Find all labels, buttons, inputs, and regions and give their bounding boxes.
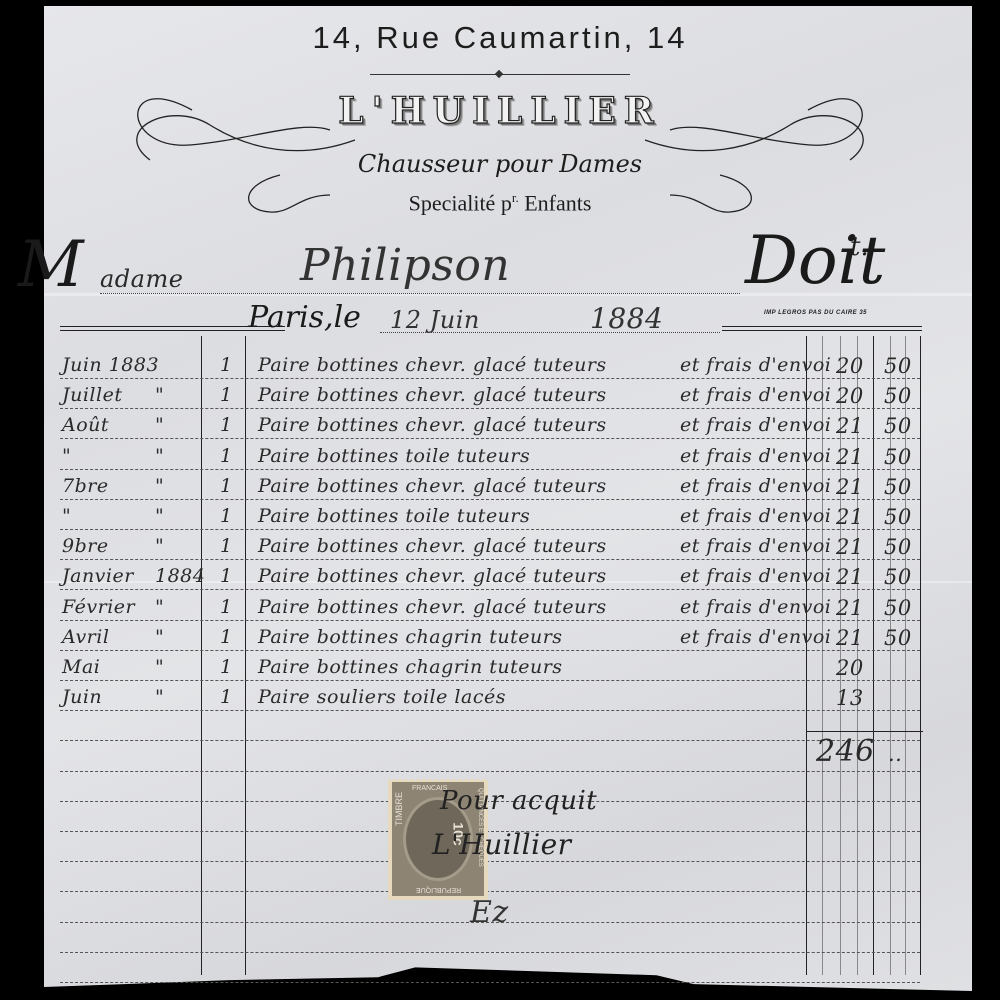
row-note: et frais d'envoi — [680, 384, 831, 406]
row-ditto: " — [155, 686, 164, 708]
place-label: Paris,le — [248, 300, 361, 335]
row-francs: 20 — [836, 384, 864, 408]
row-note: et frais d'envoi — [680, 565, 831, 587]
row-francs: 21 — [836, 535, 864, 559]
customer-name: Philipson — [300, 240, 510, 291]
row-description: Paire bottines chevr. glacé tuteurs — [258, 596, 607, 618]
row-rule — [60, 559, 920, 560]
row-date: Juin 1883 — [62, 354, 159, 376]
row-rule — [60, 771, 920, 772]
row-description: Paire bottines chevr. glacé tuteurs — [258, 384, 607, 406]
row-note: et frais d'envoi — [680, 626, 831, 648]
date-dotted-line — [380, 332, 720, 333]
row-rule — [60, 499, 920, 500]
row-rule — [60, 740, 920, 741]
row-description: Paire bottines chagrin tuteurs — [258, 656, 563, 678]
row-cents: 50 — [884, 354, 912, 378]
row-francs: 21 — [836, 475, 864, 499]
row-date: Février — [62, 596, 135, 618]
row-rule — [60, 891, 920, 892]
row-date: Mai — [62, 656, 100, 678]
row-note: et frais d'envoi — [680, 475, 831, 497]
row-rule — [60, 861, 920, 862]
shop-specialty: Specialité pr. Enfants — [0, 190, 1000, 216]
receipt-acquit: Pour acquit — [440, 786, 597, 816]
row-date: " — [62, 505, 71, 527]
shop-address: 14, Rue Caumartin, 14 — [0, 20, 1000, 56]
row-cents: 50 — [884, 596, 912, 620]
row-rule — [60, 469, 920, 470]
row-rule — [60, 982, 920, 983]
row-francs: 13 — [836, 686, 864, 710]
invoice-date: 12 Juin — [390, 306, 480, 334]
stamp-left-text: TIMBRE — [394, 792, 404, 826]
row-note: et frais d'envoi — [680, 354, 831, 376]
row-description: Paire bottines chevr. glacé tuteurs — [258, 354, 607, 376]
row-date: Janvier — [62, 565, 134, 587]
row-rule — [60, 438, 920, 439]
row-ditto: " — [155, 535, 164, 557]
total-cents: .. — [888, 742, 902, 766]
row-rule — [60, 529, 920, 530]
column-rule — [920, 336, 921, 975]
doit-suffix: t. — [850, 232, 869, 262]
row-date: Avril — [62, 626, 109, 648]
row-cents: 50 — [884, 565, 912, 589]
shop-tagline: Chausseur pour Dames — [0, 150, 1000, 178]
row-francs: 21 — [836, 414, 864, 438]
row-rule — [60, 650, 920, 651]
row-ditto: " — [155, 445, 164, 467]
row-ditto: " — [155, 656, 164, 678]
specialty-prefix: Specialité p — [409, 190, 512, 215]
row-date: Juillet — [62, 384, 122, 406]
shop-name: L'HUILLIER — [0, 90, 1000, 132]
row-ditto: " — [155, 596, 164, 618]
row-francs: 21 — [836, 505, 864, 529]
row-note: et frais d'envoi — [680, 445, 831, 467]
row-qty: 1 — [220, 475, 233, 497]
invoice-year: 1884 — [590, 302, 663, 335]
row-francs: 21 — [836, 626, 864, 650]
row-qty: 1 — [220, 656, 233, 678]
salutation-rest: adame — [100, 265, 183, 293]
row-note: et frais d'envoi — [680, 505, 831, 527]
row-cents: 50 — [884, 384, 912, 408]
row-qty: 1 — [220, 535, 233, 557]
row-qty: 1 — [220, 686, 233, 708]
row-cents: 50 — [884, 414, 912, 438]
column-rule — [201, 336, 202, 975]
row-description: Paire souliers toile lacés — [258, 686, 506, 708]
row-rule — [60, 710, 920, 711]
total-francs: 246 — [816, 734, 875, 769]
receipt-signature: L'Huillier — [432, 828, 572, 861]
stamp-bottom-text: REPUBLIQUE — [416, 886, 461, 893]
row-rule — [60, 680, 920, 681]
specialty-sup: r. — [512, 190, 519, 205]
row-qty: 1 — [220, 445, 233, 467]
column-rule — [873, 336, 874, 975]
row-cents: 50 — [884, 535, 912, 559]
row-note: et frais d'envoi — [680, 596, 831, 618]
row-qty: 1 — [220, 596, 233, 618]
row-ditto: " — [155, 505, 164, 527]
row-rule — [60, 408, 920, 409]
date-rule-right — [722, 326, 922, 331]
row-qty: 1 — [220, 414, 233, 436]
specialty-suffix: Enfants — [519, 190, 592, 215]
salutation-initial: M — [18, 228, 84, 302]
printer-mark: IMP LEGROS PAS DU CAIRE 35 — [764, 310, 867, 316]
row-qty: 1 — [220, 384, 233, 406]
row-date: " — [62, 445, 71, 467]
row-rule — [60, 620, 920, 621]
receipt-mark: Ez — [470, 895, 509, 930]
row-description: Paire bottines chevr. glacé tuteurs — [258, 535, 607, 557]
row-date: Juin — [62, 686, 102, 708]
row-ditto: " — [155, 414, 164, 436]
row-qty: 1 — [220, 565, 233, 587]
row-date: 9bre — [62, 535, 109, 557]
row-qty: 1 — [220, 626, 233, 648]
row-description: Paire bottines toile tuteurs — [258, 445, 530, 467]
total-rule — [806, 731, 923, 732]
row-cents: 50 — [884, 626, 912, 650]
row-description: Paire bottines chevr. glacé tuteurs — [258, 475, 607, 497]
row-rule — [60, 952, 920, 953]
customer-dotted-line — [100, 293, 740, 294]
row-note: et frais d'envoi — [680, 535, 831, 557]
row-francs: 20 — [836, 656, 864, 680]
row-francs: 20 — [836, 354, 864, 378]
row-ditto: " — [155, 384, 164, 406]
header-divider — [370, 74, 630, 75]
row-description: Paire bottines chagrin tuteurs — [258, 626, 563, 648]
row-rule — [60, 589, 920, 590]
row-qty: 1 — [220, 505, 233, 527]
row-qty: 1 — [220, 354, 233, 376]
row-francs: 21 — [836, 596, 864, 620]
row-description: Paire bottines chevr. glacé tuteurs — [258, 414, 607, 436]
row-date: 7bre — [62, 475, 109, 497]
row-cents: 50 — [884, 445, 912, 469]
row-note: et frais d'envoi — [680, 414, 831, 436]
column-rule — [245, 336, 246, 975]
row-ditto: " — [155, 475, 164, 497]
row-description: Paire bottines chevr. glacé tuteurs — [258, 565, 607, 587]
row-rule — [60, 378, 920, 379]
row-ditto: " — [155, 626, 164, 648]
row-description: Paire bottines toile tuteurs — [258, 505, 530, 527]
row-ditto: 1884 — [155, 565, 205, 587]
row-francs: 21 — [836, 565, 864, 589]
row-francs: 21 — [836, 445, 864, 469]
row-cents: 50 — [884, 475, 912, 499]
row-date: Août — [62, 414, 109, 436]
row-cents: 50 — [884, 505, 912, 529]
